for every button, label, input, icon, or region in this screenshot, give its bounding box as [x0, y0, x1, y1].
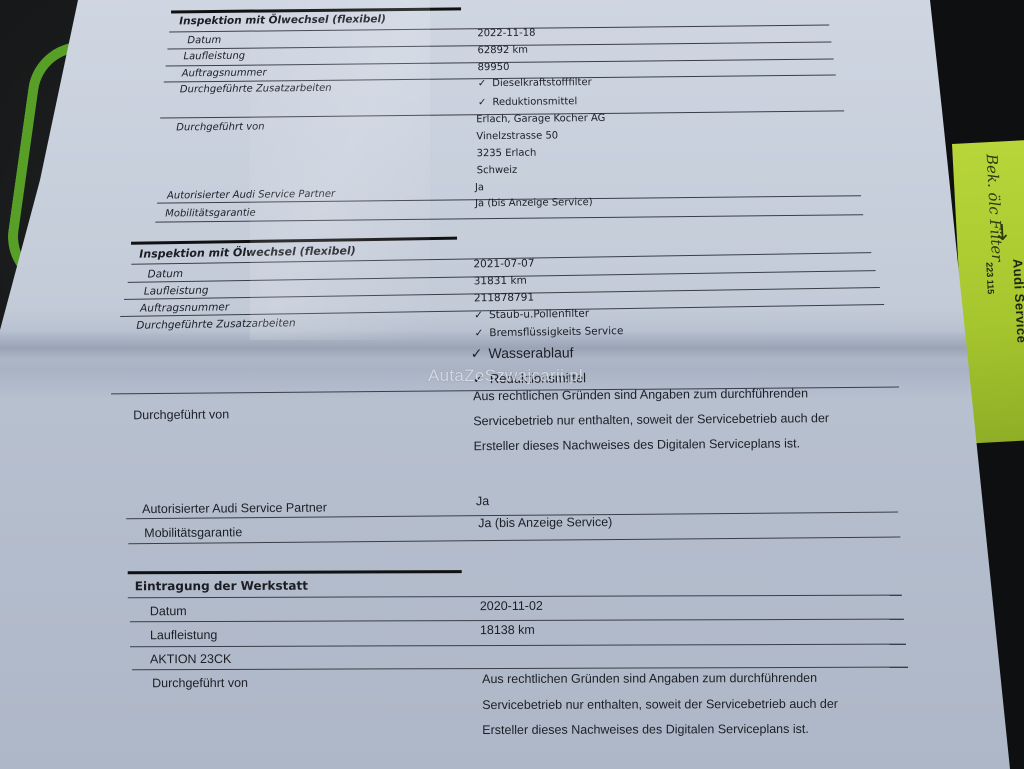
- sticky-brand: Audi Service: [1010, 258, 1024, 343]
- section-bar: [128, 570, 462, 574]
- laufleistung-value: 18138 km: [480, 623, 535, 637]
- section-title: Eintragung der Werkstatt: [135, 579, 308, 594]
- service-record-paper: Inspektion mit Ölwechsel (flexibel) Datu…: [0, 0, 1024, 769]
- sticky-code: 223 115: [984, 262, 996, 295]
- aktion-label: AKTION 23CK: [150, 652, 231, 666]
- datum-label: Datum: [150, 604, 187, 618]
- durchgefuehrt-label: Durchgeführt von: [152, 676, 248, 690]
- sticky-handwriting: Bek. ölc Filter: [959, 154, 1005, 264]
- laufleistung-label: Laufleistung: [150, 628, 217, 642]
- row-divider: [128, 595, 902, 599]
- photo-scene: Bek. ölc Filter → 223 115 Audi Service I…: [0, 0, 1024, 769]
- row-divider: [132, 667, 908, 671]
- legal-notice-line: Aus rechtlichen Gründen sind Angaben zum…: [482, 671, 817, 686]
- legal-notice-line: Ersteller dieses Nachweises des Digitale…: [482, 722, 809, 737]
- row-divider: [130, 619, 904, 623]
- row-divider: [130, 644, 906, 648]
- legal-notice-line: Servicebetrieb nur enthalten, soweit der…: [482, 697, 838, 712]
- datum-value: 2020-11-02: [480, 599, 543, 613]
- arrow-icon: →: [989, 222, 1015, 242]
- workshop-entry-2020: Eintragung der Werkstatt Datum 2020-11-0…: [0, 0, 1024, 769]
